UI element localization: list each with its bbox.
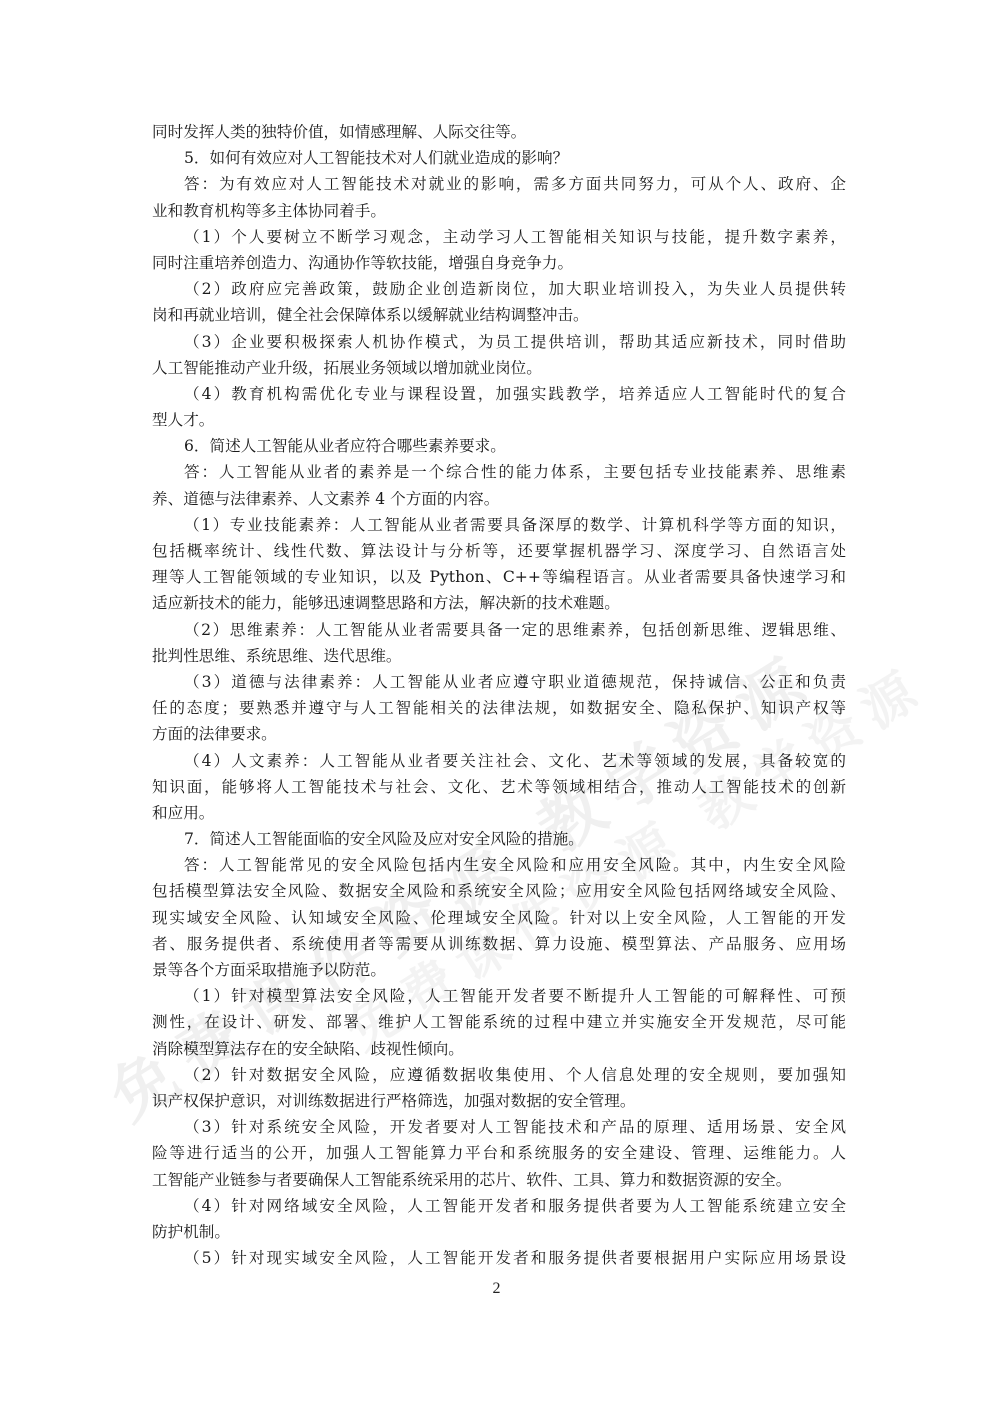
text-line: 人工智能推动产业升级，拓展业务领域以增加就业岗位。 <box>152 355 846 381</box>
list-item-paragraph: （2）思维素养：人工智能从业者需要具备一定的思维素养，包括创新思维、逻辑思维、批… <box>152 617 846 669</box>
question-heading: 6．简述人工智能从业者应符合哪些素养要求。 <box>152 433 846 459</box>
text-line: 养、道德与法律素养、人文素养 4 个方面的内容。 <box>152 486 846 512</box>
text-line: （5）针对现实域安全风险，人工智能开发者和服务提供者要根据用户实际应用场景设 <box>152 1245 846 1271</box>
text-line: （1）专业技能素养：人工智能从业者需要具备深厚的数学、计算机科学等方面的知识， <box>152 512 846 538</box>
text-line: （4）针对网络域安全风险，人工智能开发者和服务提供者要为人工智能系统建立安全 <box>152 1193 846 1219</box>
paragraph: 同时发挥人类的独特价值，如情感理解、人际交往等。 <box>152 119 846 145</box>
list-item-paragraph: （1）专业技能素养：人工智能从业者需要具备深厚的数学、计算机科学等方面的知识，包… <box>152 512 846 617</box>
list-item-paragraph: （3）企业要积极探索人机协作模式，为员工提供培训，帮助其适应新技术，同时借助人工… <box>152 329 846 381</box>
text-line: （1）个人要树立不断学习观念，主动学习人工智能相关知识与技能，提升数字素养， <box>152 224 846 250</box>
text-line: （4）教育机构需优化专业与课程设置，加强实践教学，培养适应人工智能时代的复合 <box>152 381 846 407</box>
answer-paragraph: 答：人工智能从业者的素养是一个综合性的能力体系，主要包括专业技能素养、思维素养、… <box>152 459 846 511</box>
list-item-paragraph: （1）针对模型算法安全风险，人工智能开发者要不断提升人工智能的可解释性、可预测性… <box>152 983 846 1062</box>
text-line: 现实域安全风险、认知域安全风险、伦理域安全风险。针对以上安全风险，人工智能的开发 <box>152 905 846 931</box>
answer-paragraph: 答：为有效应对人工智能技术对就业的影响，需多方面共同努力，可从个人、政府、企业和… <box>152 171 846 223</box>
text-line: 包括概率统计、线性代数、算法设计与分析等，还要掌握机器学习、深度学习、自然语言处 <box>152 538 846 564</box>
text-line: 适应新技术的能力，能够迅速调整思路和方法，解决新的技术难题。 <box>152 590 846 616</box>
text-line: 消除模型算法存在的安全缺陷、歧视性倾向。 <box>152 1036 846 1062</box>
text-line: 和应用。 <box>152 800 846 826</box>
text-line: 识产权保护意识，对训练数据进行严格筛选，加强对数据的安全管理。 <box>152 1088 846 1114</box>
text-line: 同时注重培养创造力、沟通协作等软技能，增强自身竞争力。 <box>152 250 846 276</box>
question-heading: 7．简述人工智能面临的安全风险及应对安全风险的措施。 <box>152 826 846 852</box>
list-item-paragraph: （3）道德与法律素养：人工智能从业者应遵守职业道德规范，保持诚信、公正和负责任的… <box>152 669 846 748</box>
list-item-paragraph: （4）教育机构需优化专业与课程设置，加强实践教学，培养适应人工智能时代的复合型人… <box>152 381 846 433</box>
text-line: （3）道德与法律素养：人工智能从业者应遵守职业道德规范，保持诚信、公正和负责 <box>152 669 846 695</box>
document-page: 免费课件资源 教学资源 免费课件资源 教学资源 同时发挥人类的独特价值，如情感理… <box>0 0 993 1404</box>
text-line: 7．简述人工智能面临的安全风险及应对安全风险的措施。 <box>152 826 846 852</box>
text-line: 理等人工智能领域的专业知识，以及 Python、C++等编程语言。从业者需要具备… <box>152 564 846 590</box>
text-line: 知识面，能够将人工智能技术与社会、文化、艺术等领域相结合，推动人工智能技术的创新 <box>152 774 846 800</box>
text-line: 6．简述人工智能从业者应符合哪些素养要求。 <box>152 433 846 459</box>
text-line: （3）企业要积极探索人机协作模式，为员工提供培训，帮助其适应新技术，同时借助 <box>152 329 846 355</box>
text-line: （2）针对数据安全风险，应遵循数据收集使用、个人信息处理的安全规则，要加强知 <box>152 1062 846 1088</box>
list-item-paragraph: （4）针对网络域安全风险，人工智能开发者和服务提供者要为人工智能系统建立安全防护… <box>152 1193 846 1245</box>
text-line: 工智能产业链参与者要确保人工智能系统采用的芯片、软件、工具、算力和数据资源的安全… <box>152 1167 846 1193</box>
list-item-paragraph: （2）针对数据安全风险，应遵循数据收集使用、个人信息处理的安全规则，要加强知识产… <box>152 1062 846 1114</box>
text-line: （1）针对模型算法安全风险，人工智能开发者要不断提升人工智能的可解释性、可预 <box>152 983 846 1009</box>
text-line: 岗和再就业培训，健全社会保障体系以缓解就业结构调整冲击。 <box>152 302 846 328</box>
answer-paragraph: 答：人工智能常见的安全风险包括内生安全风险和应用安全风险。其中，内生安全风险包括… <box>152 852 846 983</box>
text-line: （4）人文素养：人工智能从业者要关注社会、文化、艺术等领域的发展，具备较宽的 <box>152 748 846 774</box>
text-line: 任的态度；要熟悉并遵守与人工智能相关的法律法规，如数据安全、隐私保护、知识产权等 <box>152 695 846 721</box>
text-line: 答：为有效应对人工智能技术对就业的影响，需多方面共同努力，可从个人、政府、企 <box>152 171 846 197</box>
text-line: 答：人工智能从业者的素养是一个综合性的能力体系，主要包括专业技能素养、思维素 <box>152 459 846 485</box>
text-line: 景等各个方面采取措施予以防范。 <box>152 957 846 983</box>
list-item-paragraph: （3）针对系统安全风险，开发者要对人工智能技术和产品的原理、适用场景、安全风险等… <box>152 1114 846 1193</box>
text-line: 防护机制。 <box>152 1219 846 1245</box>
text-line: 险等进行适当的公开，加强人工智能算力平台和系统服务的安全建设、管理、运维能力。人 <box>152 1140 846 1166</box>
text-line: （2）思维素养：人工智能从业者需要具备一定的思维素养，包括创新思维、逻辑思维、 <box>152 617 846 643</box>
list-item-paragraph: （1）个人要树立不断学习观念，主动学习人工智能相关知识与技能，提升数字素养，同时… <box>152 224 846 276</box>
text-line: 测性，在设计、研发、部署、维护人工智能系统的过程中建立并实施安全开发规范，尽可能 <box>152 1009 846 1035</box>
document-body: 同时发挥人类的独特价值，如情感理解、人际交往等。5．如何有效应对人工智能技术对人… <box>152 119 846 1271</box>
text-line: （3）针对系统安全风险，开发者要对人工智能技术和产品的原理、适用场景、安全风 <box>152 1114 846 1140</box>
text-line: 业和教育机构等多主体协同着手。 <box>152 198 846 224</box>
list-item-paragraph: （2）政府应完善政策，鼓励企业创造新岗位，加大职业培训投入，为失业人员提供转岗和… <box>152 276 846 328</box>
list-item-paragraph: （4）人文素养：人工智能从业者要关注社会、文化、艺术等领域的发展，具备较宽的知识… <box>152 748 846 827</box>
text-line: 同时发挥人类的独特价值，如情感理解、人际交往等。 <box>152 119 846 145</box>
text-line: 者、服务提供者、系统使用者等需要从训练数据、算力设施、模型算法、产品服务、应用场 <box>152 931 846 957</box>
text-line: 5．如何有效应对人工智能技术对人们就业造成的影响？ <box>152 145 846 171</box>
question-heading: 5．如何有效应对人工智能技术对人们就业造成的影响？ <box>152 145 846 171</box>
text-line: 答：人工智能常见的安全风险包括内生安全风险和应用安全风险。其中，内生安全风险 <box>152 852 846 878</box>
list-item-paragraph: （5）针对现实域安全风险，人工智能开发者和服务提供者要根据用户实际应用场景设 <box>152 1245 846 1271</box>
page-number: 2 <box>0 1280 993 1298</box>
text-line: 批判性思维、系统思维、迭代思维。 <box>152 643 846 669</box>
text-line: （2）政府应完善政策，鼓励企业创造新岗位，加大职业培训投入，为失业人员提供转 <box>152 276 846 302</box>
text-line: 型人才。 <box>152 407 846 433</box>
text-line: 包括模型算法安全风险、数据安全风险和系统安全风险；应用安全风险包括网络域安全风险… <box>152 878 846 904</box>
text-line: 方面的法律要求。 <box>152 721 846 747</box>
